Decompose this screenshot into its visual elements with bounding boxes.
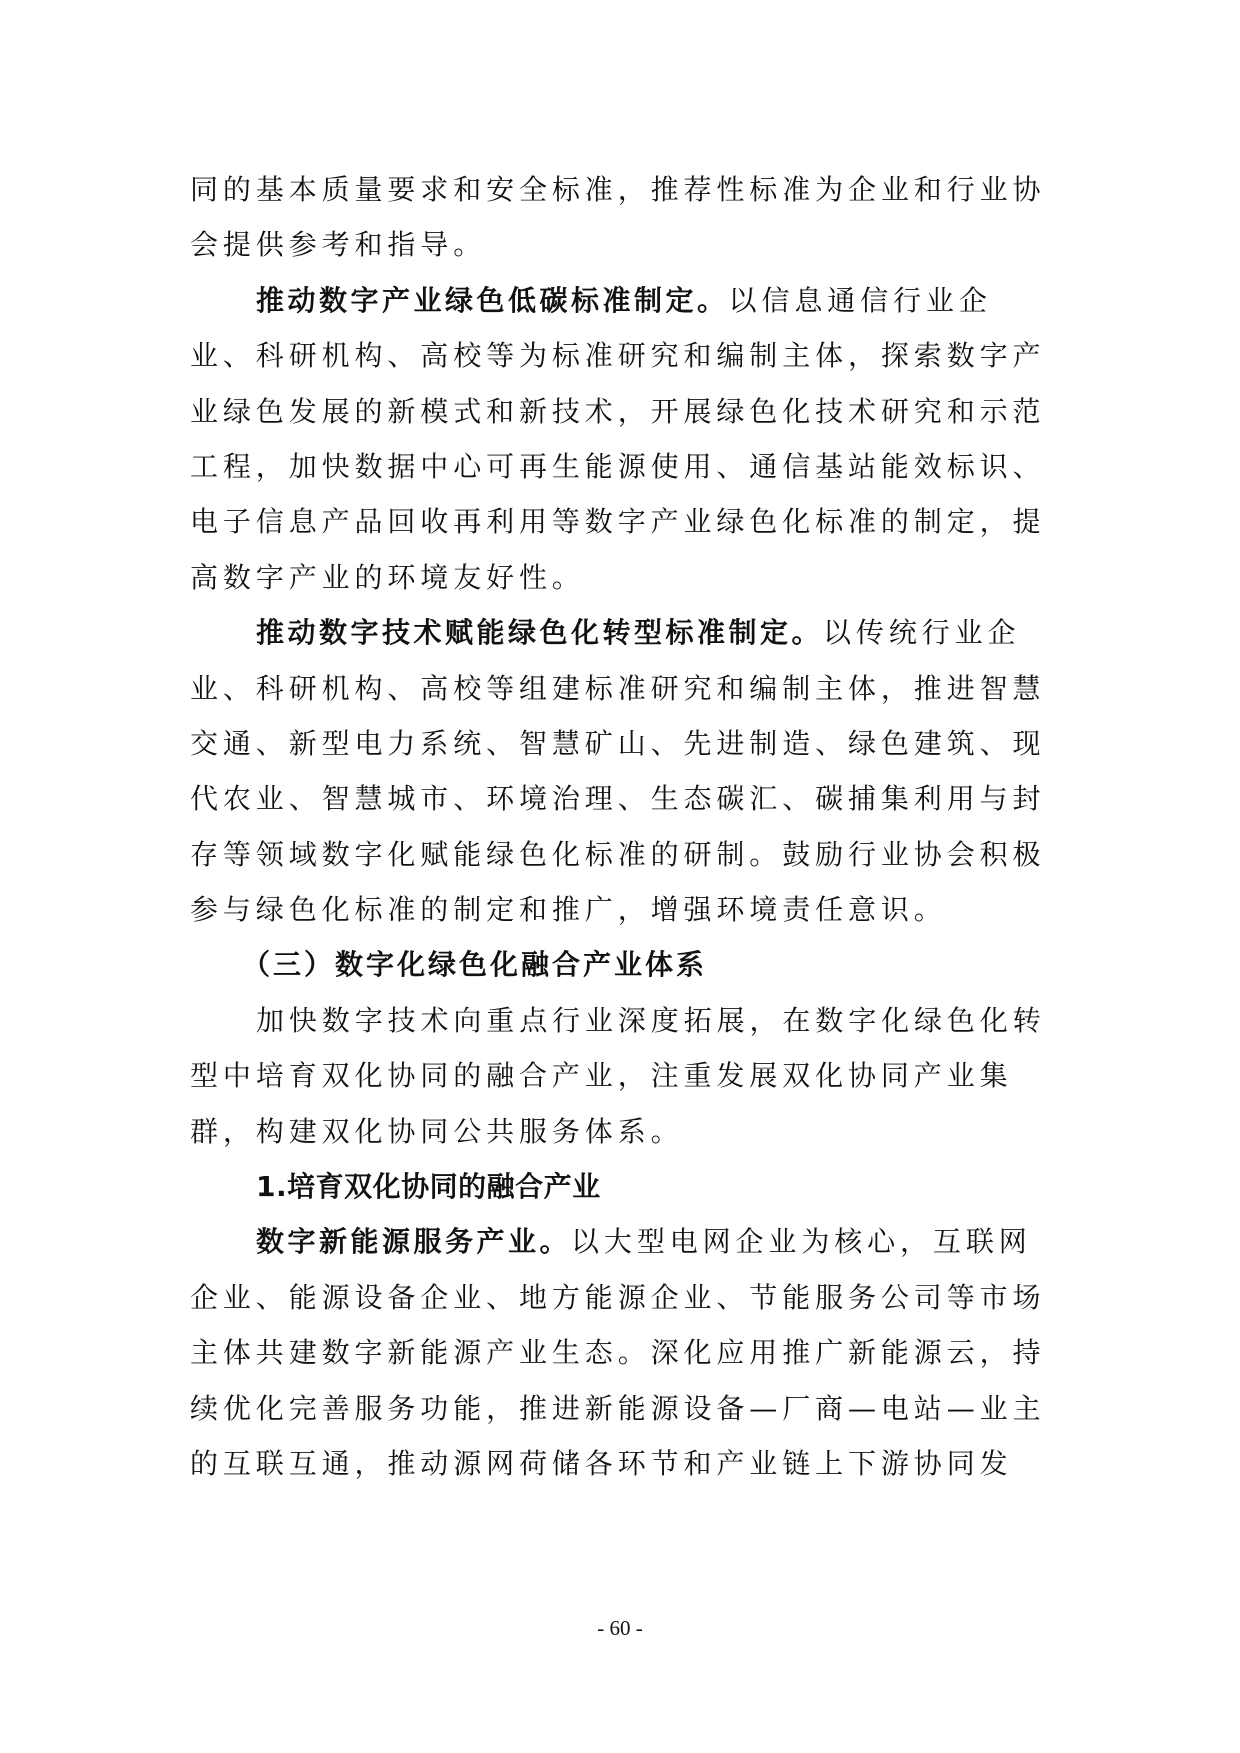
text-line: 的互联互通，推动源网荷储各环节和产业链上下游协同发: [190, 1436, 1060, 1491]
paragraph-lead-bold: 数字新能源服务产业。: [256, 1225, 571, 1258]
text-line: 型中培育双化协同的融合产业，注重发展双化协同产业集: [190, 1048, 1060, 1103]
paragraph-lead-bold: 推动数字产业绿色低碳标准制定。: [256, 284, 729, 317]
paragraph-first-line: 数字新能源服务产业。以大型电网企业为核心，互联网: [190, 1214, 1060, 1269]
text-line: 工程，加快数据中心可再生能源使用、通信基站能效标识、: [190, 439, 1060, 494]
document-page: 同的基本质量要求和安全标准，推荐性标准为企业和行业协 会提供参考和指导。 推动数…: [190, 162, 1060, 1491]
text-line: 同的基本质量要求和安全标准，推荐性标准为企业和行业协: [190, 162, 1060, 217]
text-line: 业绿色发展的新模式和新技术，开展绿色化技术研究和示范: [190, 384, 1060, 439]
text-line: 业、科研机构、高校等为标准研究和编制主体，探索数字产: [190, 328, 1060, 383]
paragraph-first-line: 推动数字产业绿色低碳标准制定。以信息通信行业企: [190, 273, 1060, 328]
text-line: 高数字产业的环境友好性。: [190, 550, 1060, 605]
text-line: 参与绿色化标准的制定和推广，增强环境责任意识。: [190, 882, 1060, 937]
paragraph-text: 以信息通信行业企: [729, 284, 992, 317]
paragraph-text: 以传统行业企: [823, 616, 1020, 649]
subsection-heading: 1.培育双化协同的融合产业: [190, 1159, 1060, 1214]
paragraph-first-line: 推动数字技术赋能绿色化转型标准制定。以传统行业企: [190, 605, 1060, 660]
text-line: 业、科研机构、高校等组建标准研究和编制主体，推进智慧: [190, 661, 1060, 716]
text-line: 交通、新型电力系统、智慧矿山、先进制造、绿色建筑、现: [190, 716, 1060, 771]
paragraph-first-line: 加快数字技术向重点行业深度拓展，在数字化绿色化转: [190, 993, 1060, 1048]
text-line: 续优化完善服务功能，推进新能源设备—厂商—电站—业主: [190, 1381, 1060, 1436]
text-line: 会提供参考和指导。: [190, 217, 1060, 272]
text-line: 电子信息产品回收再利用等数字产业绿色化标准的制定，提: [190, 494, 1060, 549]
text-line: 企业、能源设备企业、地方能源企业、节能服务公司等市场: [190, 1270, 1060, 1325]
text-line: 代农业、智慧城市、环境治理、生态碳汇、碳捕集利用与封: [190, 771, 1060, 826]
section-heading: （三）数字化绿色化融合产业体系: [190, 937, 1060, 992]
text-line: 群，构建双化协同公共服务体系。: [190, 1104, 1060, 1159]
paragraph-lead-bold: 推动数字技术赋能绿色化转型标准制定。: [256, 616, 823, 649]
text-line: 存等领域数字化赋能绿色化标准的研制。鼓励行业协会积极: [190, 827, 1060, 882]
paragraph-text: 以大型电网企业为核心，互联网: [571, 1225, 1032, 1258]
text-line: 主体共建数字新能源产业生态。深化应用推广新能源云，持: [190, 1325, 1060, 1380]
page-number: - 60 -: [0, 1616, 1240, 1641]
